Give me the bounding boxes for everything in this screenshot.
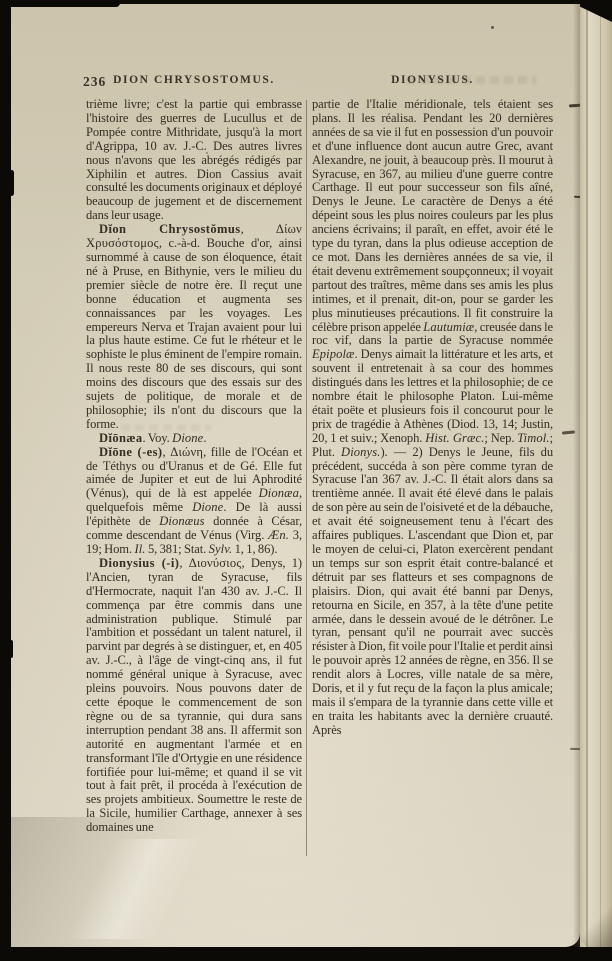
text-segment: Hist. Græc.: [425, 431, 484, 445]
right-text-column: partie de l'Italie méridionale, tels éta…: [312, 98, 553, 738]
page-edge-line: [600, 0, 601, 961]
paragraph: Dĭōnæa. Voy. Dione.: [86, 432, 302, 446]
text-segment: Dione: [172, 431, 203, 445]
left-text-column: trième livre; c'est la partie qui embras…: [86, 98, 302, 835]
paragraph: Dĭōne (-es), Διώνη, fille de l'Océan et …: [86, 446, 302, 557]
text-segment: ,: [179, 556, 188, 570]
entry-headword: Dĭōne (-es): [99, 445, 163, 459]
text-segment: Dionæus: [159, 514, 204, 528]
text-segment: Æn.: [268, 528, 289, 542]
scan-border-top: [0, 0, 612, 4]
book-page-edges: [580, 0, 612, 961]
page-fold-line: [573, 4, 580, 947]
running-head-left: DION CHRYSOSTOMUS.: [86, 74, 302, 86]
text-segment: 5, 381; Stat.: [146, 542, 209, 556]
entry-headword: Dionysius (-i): [99, 556, 179, 570]
scan-border-left: [0, 0, 11, 961]
book-page-paper: 236 DION CHRYSOSTOMUS. DIONYSIUS. trième…: [11, 4, 580, 947]
entry-headword: Dĭōnæa: [99, 431, 143, 445]
text-segment: Dionæa: [259, 486, 299, 500]
scan-border-bottom: [0, 947, 612, 961]
text-segment: .: [203, 431, 206, 445]
paragraph: Dĭon Chrysostŏmus, Δίων Χρυσόστομος, c.-…: [86, 223, 302, 432]
column-divider-rule: [306, 100, 307, 856]
paragraph: trième livre; c'est la partie qui embras…: [86, 98, 302, 223]
greek-text: Διώνη: [170, 445, 203, 459]
text-segment: ; Nep.: [484, 431, 517, 445]
ink-speck: [491, 26, 494, 29]
text-segment: Lautumiæ: [423, 320, 474, 334]
text-segment: Timol.: [517, 431, 549, 445]
text-segment: partie de l'Italie méridionale, tels éta…: [312, 97, 553, 334]
text-segment: Epipolæ: [312, 347, 355, 361]
text-segment: Il.: [134, 542, 145, 556]
scanned-book-page: { "page": { "number": "236", "running_he…: [0, 0, 612, 961]
text-segment: Dionys.: [341, 445, 380, 459]
text-segment: 1, 1, 86).: [232, 542, 277, 556]
bottom-right-page-corner: [580, 905, 612, 951]
greek-text: Διονύσιος: [189, 556, 242, 570]
text-segment: Sylv.: [209, 542, 233, 556]
text-segment: ). — 2) Denys le Jeune, fils du précéden…: [312, 445, 553, 737]
paragraph: Dionysius (-i), Διονύσιος, Denys, 1) l'A…: [86, 557, 302, 835]
entry-headword: Dĭon Chrysostŏmus: [99, 222, 241, 236]
running-head-right: DIONYSIUS.: [312, 74, 553, 86]
text-segment: ,: [241, 222, 276, 236]
paragraph: partie de l'Italie méridionale, tels éta…: [312, 98, 553, 738]
page-edge-line: [586, 0, 588, 961]
text-segment: , Denys, 1) l'Ancien, tyran de Syracuse,…: [86, 556, 302, 834]
bottom-left-sheen: [31, 839, 261, 939]
text-segment: trième livre; c'est la partie qui embras…: [86, 97, 302, 222]
text-segment: . Voy.: [143, 431, 173, 445]
text-segment: Dione: [192, 500, 223, 514]
text-segment: , c.-à-d. Bouche d'or, ainsi surnommé à …: [86, 236, 302, 431]
